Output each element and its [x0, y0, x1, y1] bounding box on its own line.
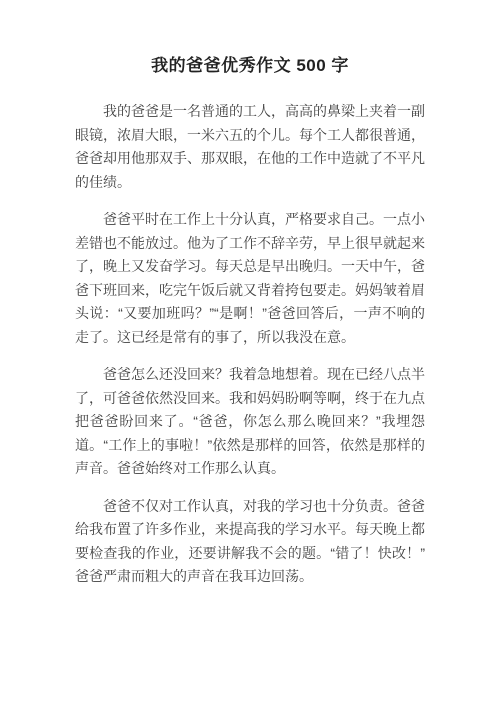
essay-paragraph-3: 爸爸怎么还没回来？我着急地想着。现在已经八点半了，可爸爸依然没回来。我和妈妈盼啊… [75, 363, 425, 481]
essay-paragraph-4: 爸爸不仅对工作认真，对我的学习也十分负责。爸爸给我布置了许多作业，来提高我的学习… [75, 495, 425, 589]
essay-paragraph-1: 我的爸爸是一名普通的工人，高高的鼻梁上夹着一副眼镜，浓眉大眼，一米六五的个儿。每… [75, 100, 425, 194]
essay-body: 我的爸爸是一名普通的工人，高高的鼻梁上夹着一副眼镜，浓眉大眼，一米六五的个儿。每… [75, 100, 425, 589]
document-page: 我的爸爸优秀作文 500 字 我的爸爸是一名普通的工人，高高的鼻梁上夹着一副眼镜… [0, 0, 500, 707]
essay-paragraph-2: 爸爸平时在工作上十分认真，严格要求自己。一点小差错也不能放过。他为了工作不辞辛劳… [75, 208, 425, 349]
essay-title: 我的爸爸优秀作文 500 字 [75, 54, 425, 78]
